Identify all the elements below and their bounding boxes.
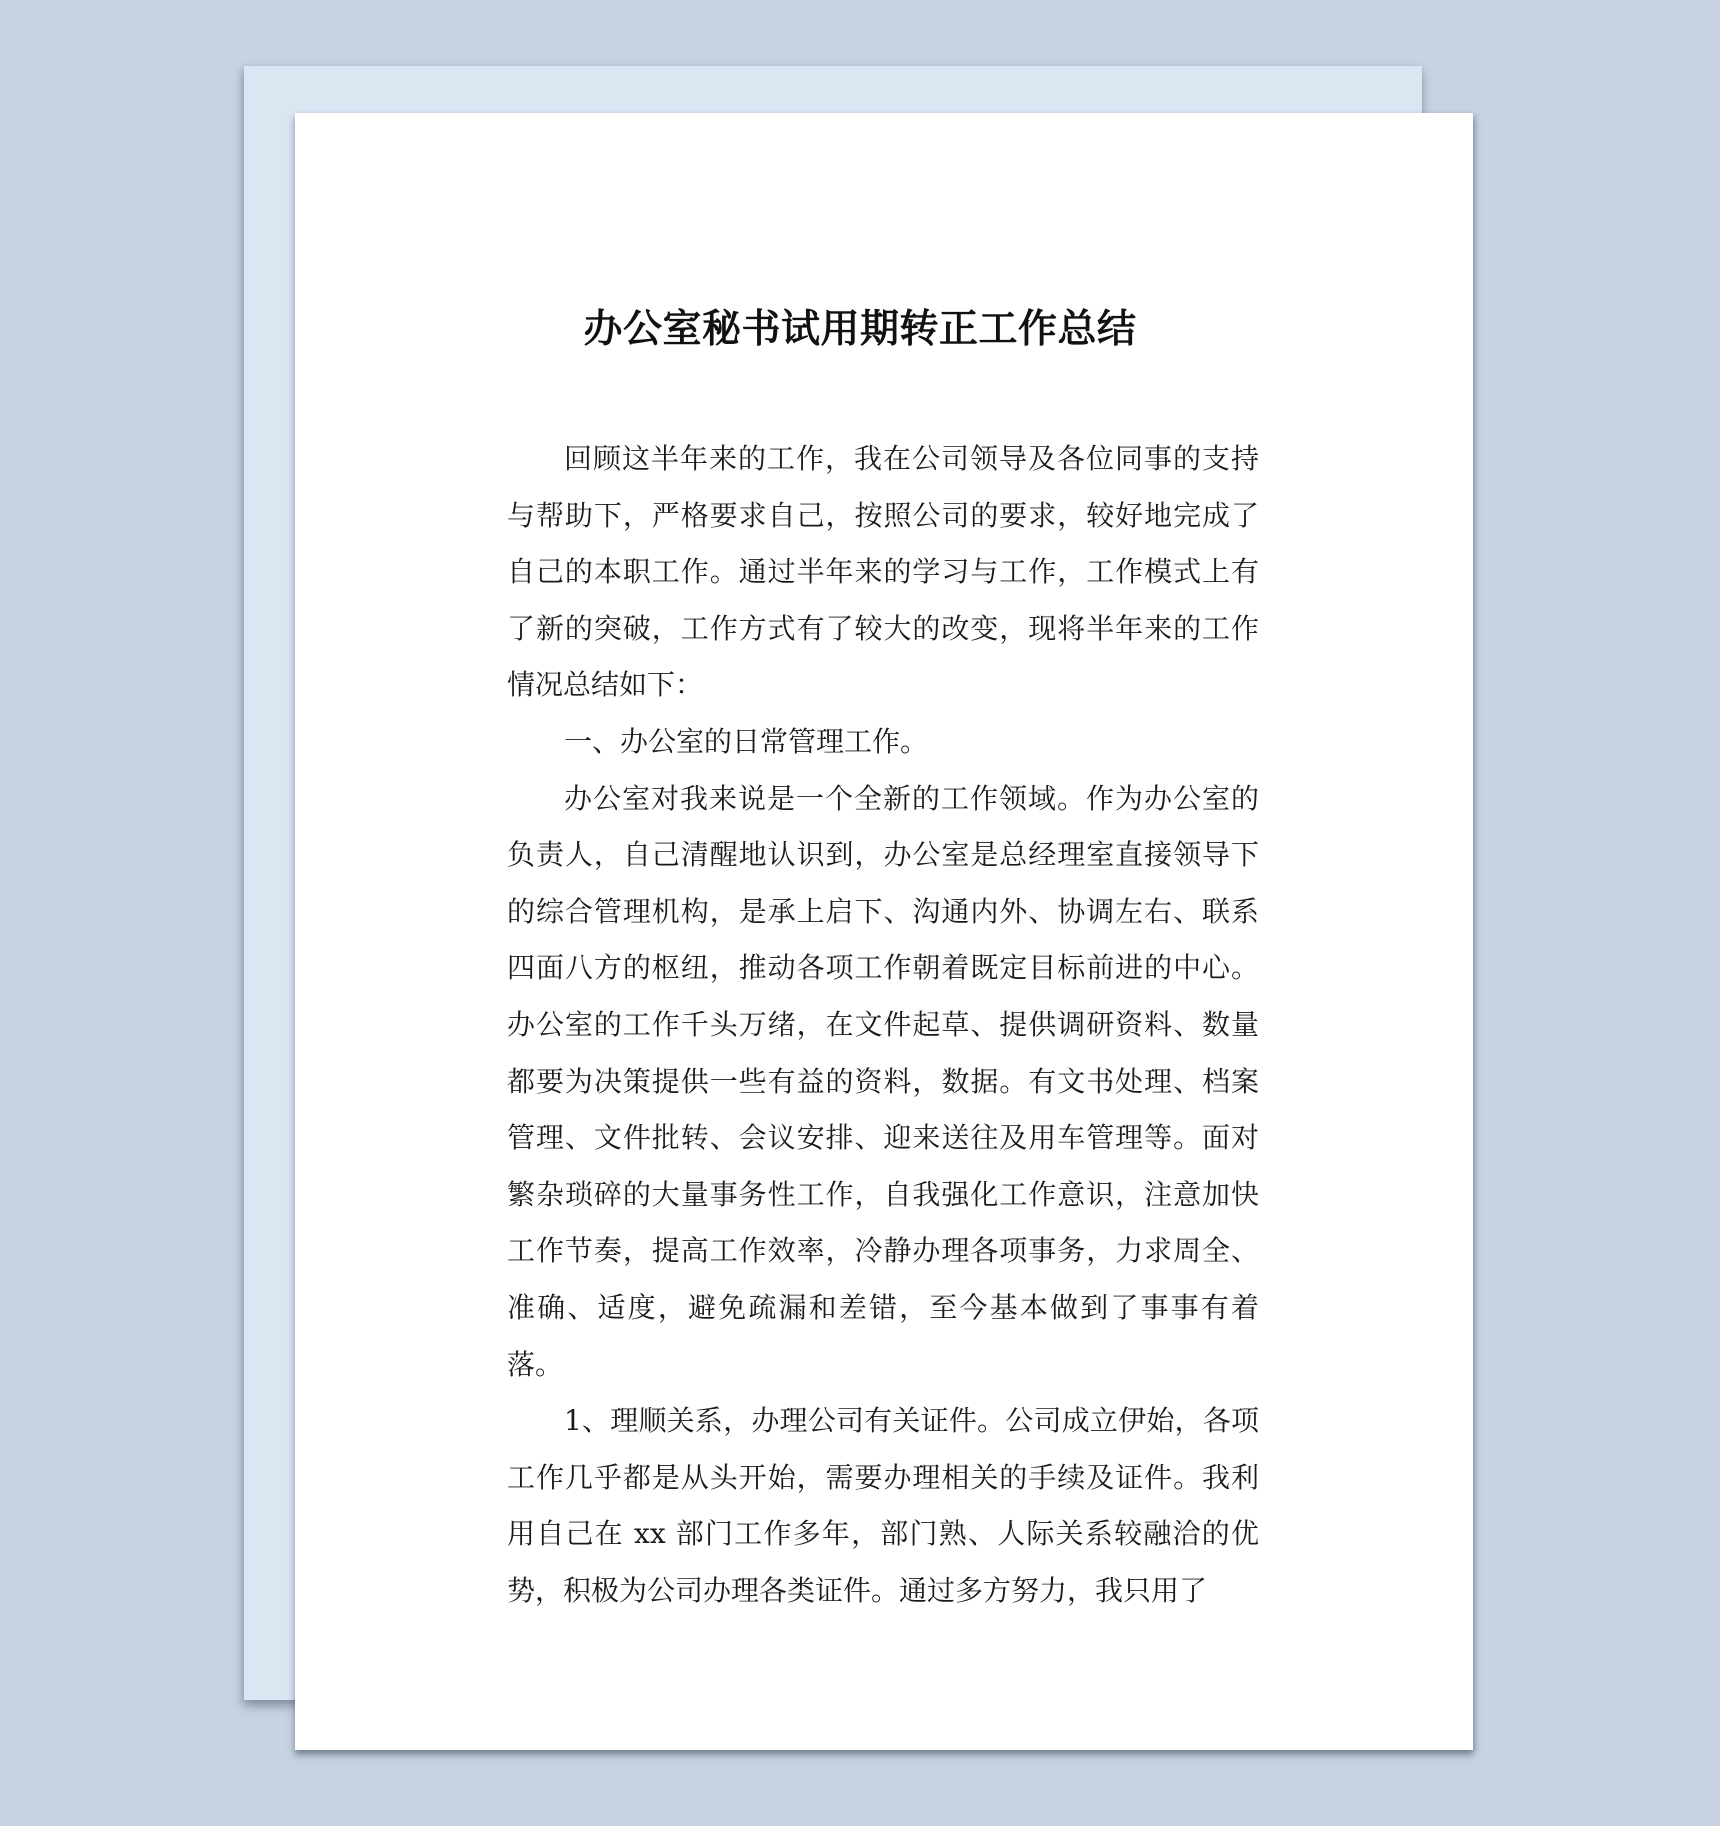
document-body: 回顾这半年来的工作，我在公司领导及各位同事的支持与帮助下，严格要求自己，按照公司… <box>507 431 1259 1619</box>
paragraph-intro: 回顾这半年来的工作，我在公司领导及各位同事的支持与帮助下，严格要求自己，按照公司… <box>507 431 1259 714</box>
document-title: 办公室秘书试用期转正工作总结 <box>0 305 1720 355</box>
section-heading-1: 一、办公室的日常管理工作。 <box>507 714 1259 771</box>
paragraph-item-1: 1、理顺关系，办理公司有关证件。公司成立伊始，各项工作几乎都是从头开始，需要办理… <box>507 1393 1259 1619</box>
paragraph-office-management: 办公室对我来说是一个全新的工作领域。作为办公室的负责人，自己清醒地认识到，办公室… <box>507 771 1259 1394</box>
